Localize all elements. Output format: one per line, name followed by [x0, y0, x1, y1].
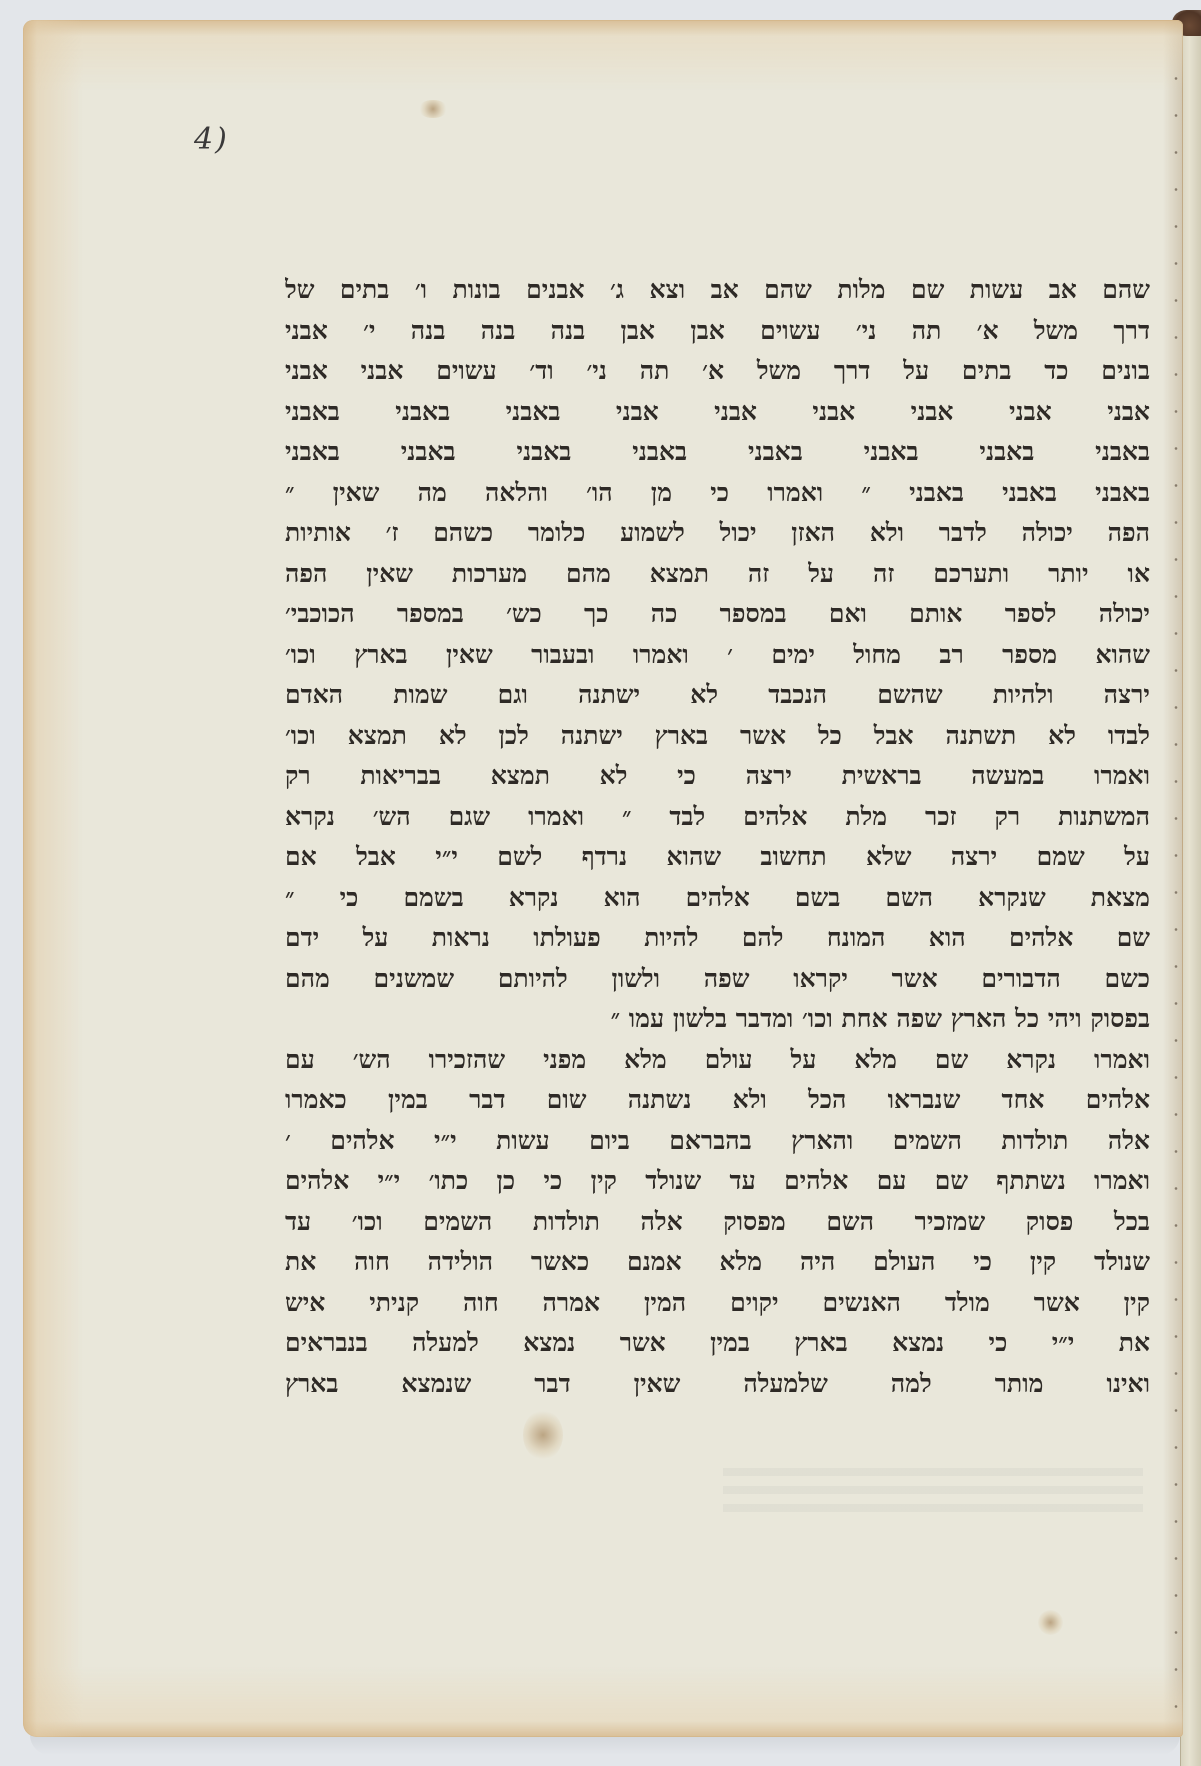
adjacent-leaf-edge	[1180, 28, 1201, 1766]
page-shadow	[30, 1735, 1180, 1755]
bleed-through-text	[723, 1468, 1143, 1518]
text-line: על שמם ירצה שלא תחשוב שהוא נרדף לשם י״י …	[285, 837, 1150, 878]
foxing-spot	[418, 100, 448, 118]
text-line: באבני באבני באבני באבני באבני באבני באבנ…	[285, 432, 1150, 473]
text-line: שהוא מספר רב מחול ימים ׳ ואמרו ובעבור שא…	[285, 635, 1150, 676]
manuscript-page: 4) שהם אב עשות שם מלות שהם אב וצא ג׳ אבנ…	[23, 20, 1183, 1737]
text-line: בכל פסוק שמזכיר השם מפסוק אלה תולדות השמ…	[285, 1202, 1150, 1243]
text-line: בפסוק ויהי כל הארץ שפה אחת וכו׳ ומדבר בל…	[285, 999, 1150, 1040]
text-line: את י״י כי נמצא בארץ במין אשר נמצא למעלה …	[285, 1323, 1150, 1364]
text-line: בונים כד בתים על דרך משל א׳ תה ני׳ וד׳ ע…	[285, 351, 1150, 392]
text-line: שהם אב עשות שם מלות שהם אב וצא ג׳ אבנים …	[285, 270, 1150, 311]
text-line: ואינו מותר למה שלמעלה שאין דבר שנמצא באר…	[285, 1364, 1150, 1405]
text-line: קין אשר מולד האנשים יקוים המין אמרה חוה …	[285, 1283, 1150, 1324]
text-line: ואמרו נקרא שם מלא על עולם מלא מפני שהזכי…	[285, 1040, 1150, 1081]
ink-stain	[1038, 1610, 1063, 1635]
text-line: ואמרו נשתתף שם עם אלהים עד שנולד קין כי …	[285, 1161, 1150, 1202]
text-line: הפה יכולה לדבר ולא האזן יכול לשמוע כלומר…	[285, 513, 1150, 554]
ink-stain	[523, 1410, 563, 1460]
text-line: או יותר ותערכם זה על זה תמצא מהם מערכות …	[285, 554, 1150, 595]
folio-number: 4)	[194, 122, 229, 157]
text-line: דרך משל א׳ תה ני׳ עשוים אבן אבן בנה בנה …	[285, 311, 1150, 352]
text-line: שנולד קין כי העולם היה מלא אמנם כאשר הול…	[285, 1242, 1150, 1283]
text-line: באבני באבני באבני ״ ואמרו כי מן הו׳ והלא…	[285, 473, 1150, 514]
text-line: ירצה ולהיות שהשם הנכבד לא ישתנה וגם שמות…	[285, 675, 1150, 716]
gutter-foxing	[1172, 60, 1180, 1720]
text-line: יכולה לספר אותם ואם במספר כה כך כש׳ במספ…	[285, 594, 1150, 635]
main-text-block: שהם אב עשות שם מלות שהם אב וצא ג׳ אבנים …	[285, 270, 1150, 1404]
text-line: מצאת שנקרא השם בשם אלהים הוא נקרא בשמם כ…	[285, 878, 1150, 919]
text-line: אלהים אחד שנבראו הכל ולא נשתנה שום דבר ב…	[285, 1080, 1150, 1121]
text-line: ואמרו במעשה בראשית ירצה כי לא תמצא בבריא…	[285, 756, 1150, 797]
text-line: שם אלהים הוא המונח להם להיות פעולתו נראו…	[285, 918, 1150, 959]
text-line: לבדו לא תשתנה אבל כל אשר בארץ ישתנה לכן …	[285, 716, 1150, 757]
text-line: אלה תולדות השמים והארץ בהבראם ביום עשות …	[285, 1121, 1150, 1162]
text-line: כשם הדבורים אשר יקראו שפה ולשון להיותם ש…	[285, 959, 1150, 1000]
text-line: המשתנות רק זכר מלת אלהים לבד ״ ואמרו שגם…	[285, 797, 1150, 838]
text-line: אבני אבני אבני אבני אבני אבני באבני באבנ…	[285, 392, 1150, 433]
